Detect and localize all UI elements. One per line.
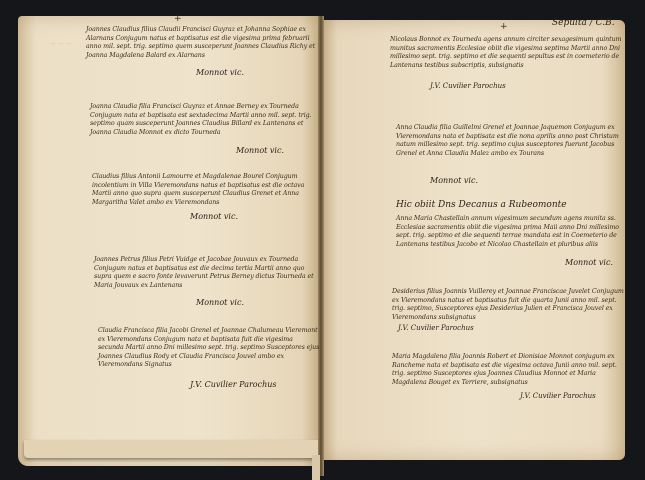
register-entry: Anna Maria Chastellain annum vigesimum s… [396, 215, 624, 249]
entry-signature: Monnot vic. [565, 258, 613, 267]
register-entry: Maria Magdalena filia Joannis Robert et … [392, 353, 622, 387]
register-entry: Claudia Francisca filia Jacobi Grenel et… [98, 327, 320, 370]
entry-text: Joannes Claudius filius Claudii Francisc… [86, 26, 318, 60]
entry-signature: Monnot vic. [196, 298, 244, 307]
register-entry: Nicolaus Bonnot ex Tourneda agens annum … [390, 36, 622, 70]
entry-text: Anna Claudia filia Guillelmi Grenel et J… [396, 124, 624, 158]
book-gutter [318, 16, 324, 476]
entry-signature: Monnot vic. [190, 212, 238, 221]
top-cross-mark-right: + [500, 22, 508, 32]
left-page-edge [24, 440, 324, 458]
entry-text: Joanna Claudia filia Francisci Guyraz et… [90, 103, 318, 137]
entry-text: Anna Maria Chastellain annum vigesimum s… [396, 215, 624, 249]
top-cross-mark-left: + [174, 14, 182, 24]
register-entry: Joannes Petrus filius Petri Vuidge et Ja… [94, 256, 320, 290]
entry-text: Desiderius filius Joannis Vuillerey et J… [392, 288, 624, 322]
margin-note: Sepulta / C.B. [552, 18, 615, 28]
bleed-through-text: ~ ~ ~ [50, 40, 90, 340]
page-tab-strip [312, 455, 320, 480]
entry-heading: Hic obiit Dns Decanus a Rubeomonte [396, 200, 567, 210]
entry-text: Nicolaus Bonnot ex Tourneda agens annum … [390, 36, 622, 70]
entry-signature: J.V. Cuvilier Parochus [520, 392, 596, 400]
register-entry: Anna Claudia filia Guillelmi Grenel et J… [396, 124, 624, 158]
register-entry: Joannes Claudius filius Claudii Francisc… [86, 26, 318, 60]
entry-text: Claudia Francisca filia Jacobi Grenel et… [98, 327, 320, 370]
entry-signature: J.V. Cuvilier Parochus [398, 324, 474, 332]
entry-signature: Monnot vic. [430, 176, 478, 185]
entry-text: Claudius filius Antonii Lamourre et Magd… [92, 173, 318, 207]
entry-signature: Monnot vic. [196, 68, 244, 77]
register-entry: Desiderius filius Joannis Vuillerey et J… [392, 288, 624, 322]
register-entry: Joanna Claudia filia Francisci Guyraz et… [90, 103, 318, 137]
entry-signature: J.V. Cuvilier Parochus [190, 380, 277, 389]
entry-signature: Monnot vic. [236, 146, 284, 155]
entry-text: Joannes Petrus filius Petri Vuidge et Ja… [94, 256, 320, 290]
register-entry: Claudius filius Antonii Lamourre et Magd… [92, 173, 318, 207]
entry-signature: J.V. Cuvilier Parochus [430, 82, 506, 90]
entry-text: Maria Magdalena filia Joannis Robert et … [392, 353, 622, 387]
